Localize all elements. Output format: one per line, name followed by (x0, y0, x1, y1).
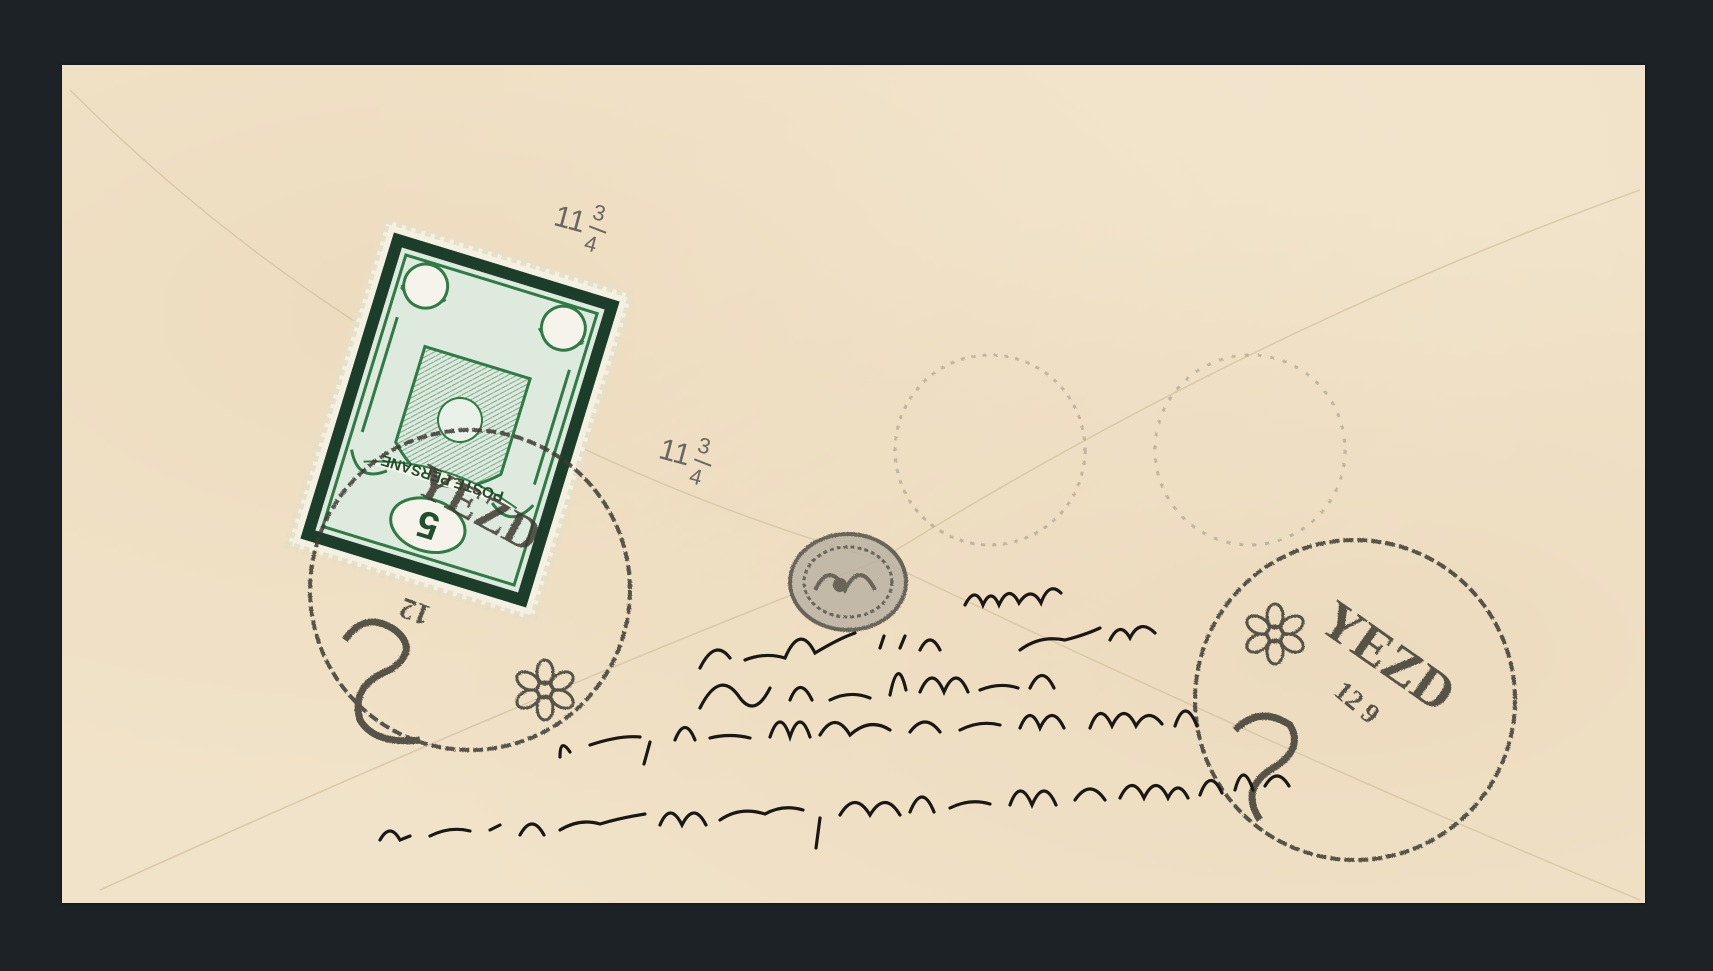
svg-text:12: 12 (395, 591, 434, 632)
svg-text:YEZD: YEZD (1309, 588, 1466, 723)
postmark-right: YEZD 12 9 (1195, 540, 1515, 860)
scene: 5 POSTE PERSANE 11 3 4 11 3 4 YEZD (0, 0, 1713, 971)
svg-text:11: 11 (656, 433, 695, 473)
seal (790, 534, 906, 630)
svg-text:3: 3 (695, 432, 713, 459)
faint-offset-cancel (895, 355, 1345, 545)
cover-artwork: 5 POSTE PERSANE 11 3 4 11 3 4 YEZD (0, 0, 1713, 971)
perf-annotation-top: 11 3 4 (547, 190, 614, 259)
svg-text:3: 3 (590, 199, 608, 226)
perf-annotation-side: 11 3 4 (652, 423, 719, 492)
svg-text:11: 11 (551, 200, 590, 240)
stamp: 5 POSTE PERSANE (288, 220, 632, 620)
svg-text:4: 4 (582, 230, 600, 257)
svg-text:4: 4 (687, 463, 705, 490)
